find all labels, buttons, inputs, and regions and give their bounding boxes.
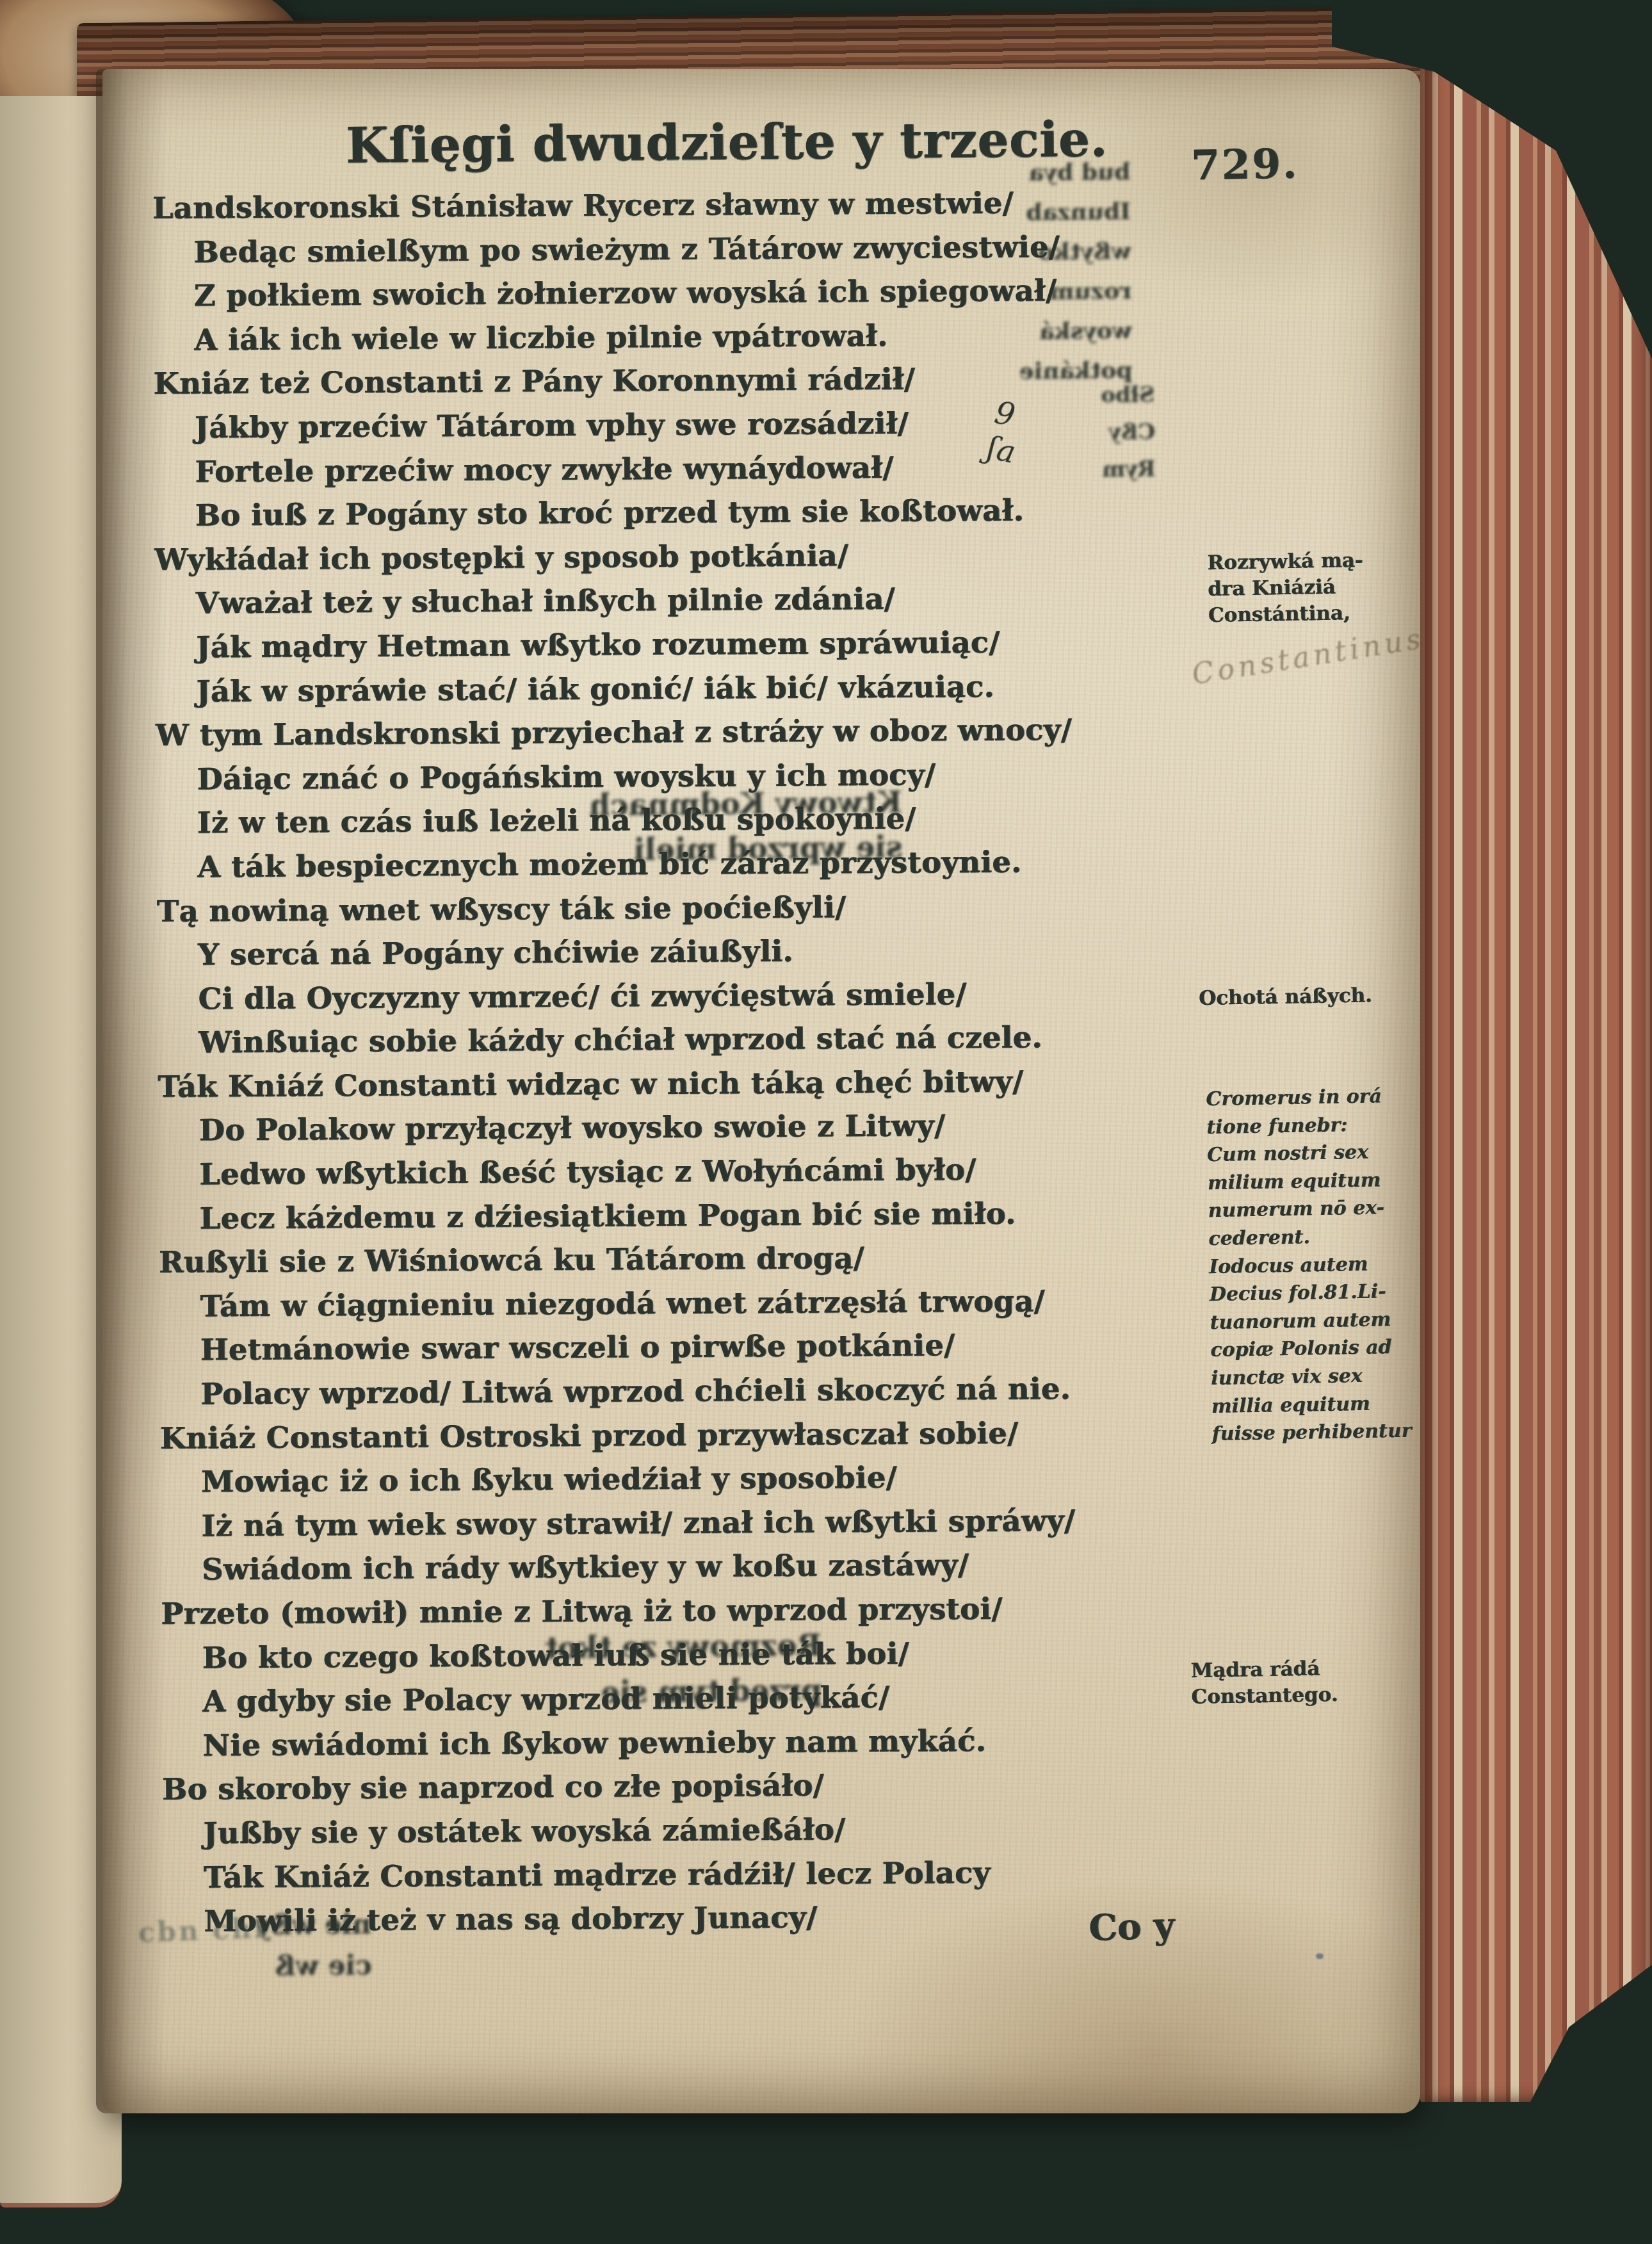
poem-line: Ci dla Oyczyzny vmrzeć/ ći zwyćięstwá sm… — [102, 970, 1229, 1021]
book-photo: bud byaIbunzabwßytkorozumwoyskápotkánie … — [0, 0, 1652, 2244]
poem-line: Tą nowiną wnet wßyscy ták sie poćießyli/ — [101, 882, 1228, 933]
margin-note-line: Constantego. — [1191, 1680, 1422, 1711]
poem-line: Mowiąc iż o ich ßyku wiedźiał y sposobie… — [105, 1454, 1232, 1504]
margin-note-line: Cum nostri sex — [1207, 1137, 1438, 1169]
margin-note-line: fuisse perhibentur — [1211, 1417, 1443, 1449]
margin-note-line: tuanorum autem — [1210, 1305, 1441, 1337]
poem-line: Mowili iż też v nas są dobrzy Junacy/ — [108, 1893, 1235, 1944]
poem-line: Bo skoroby sie naprzod co złe popisáło/ — [107, 1761, 1234, 1812]
poem-line: Do Polakow przyłączył woysko swoie z Lit… — [102, 1102, 1229, 1153]
poem-line: Tám w ćiągnieniu niezgodá wnet zátrzęsłá… — [104, 1278, 1231, 1328]
poem-line: Z połkiem swoich żołnierzow woyská ich s… — [97, 268, 1224, 318]
poem-line: Ták Kniáź Constanti widząc w nich táką c… — [102, 1058, 1229, 1109]
poem-line: Wykłádał ich postępki y sposob potkánia/ — [99, 531, 1226, 581]
margin-note-line: Ochotá náßych. — [1199, 982, 1430, 1012]
running-title: Kſięgi dwudzieſte y trzecie. — [346, 111, 1025, 174]
poem-line: Bedąc smielßym po swieżym z Tátárow zwyc… — [97, 224, 1224, 274]
poem-line: Swiádom ich rády wßytkiey y w koßu zastá… — [106, 1541, 1233, 1592]
margin-note-line: Decius fol.81.Li- — [1209, 1277, 1440, 1309]
poem-line: Bo iuß z Pogány sto kroć przed tym sie k… — [99, 487, 1226, 538]
poem-line: Lecz káżdemu z dźiesiątkiem Pogan bić si… — [103, 1190, 1230, 1240]
poem-line: Fortele przećiw mocy zwykłe wynáydował/ — [99, 443, 1226, 494]
poem-line: Nie swiádomi ich ßykow pewnieby nam myká… — [106, 1717, 1233, 1768]
margin-note-ochota: Ochotá náßych. — [1199, 982, 1430, 1012]
margin-note-line: iunctæ vix sex — [1211, 1361, 1442, 1393]
poem-line: Winßuiąc sobie káżdy chćiał wprzod stać … — [102, 1014, 1229, 1065]
poem-line: A gdyby sie Polacy wprzod mieli potykáć/ — [106, 1673, 1233, 1724]
poem-text-block: Landskoronski Stánisław Rycerz sławny w … — [97, 180, 1235, 1944]
poem-line: Ják mądry Hetman wßytko rozumem spráwuią… — [100, 619, 1227, 670]
margin-note-line: cederent. — [1208, 1221, 1439, 1253]
page-729: bud byaIbunzabwßytkorozumwoyskápotkánie … — [102, 69, 1420, 2113]
margin-note-line: Iodocus autem — [1209, 1249, 1440, 1281]
poem-line: Bo kto czego koßtował iuß sie nie ták bo… — [106, 1629, 1233, 1680]
poem-line: Y sercá ná Pogány chćiwie záiußyli. — [102, 927, 1229, 977]
poem-line: Ledwo wßytkich ßeść tysiąc z Wołyńcámi b… — [103, 1146, 1230, 1197]
margin-note-line: copiæ Polonis ad — [1210, 1333, 1441, 1365]
margin-note-rozrywka: Rozrywká mą-dra KniáziáConstántina, — [1207, 546, 1439, 629]
catchword: Co y — [1088, 1905, 1175, 1950]
poem-line: Jákby przećiw Tátárom vphy swe rozsádził… — [99, 400, 1226, 450]
poem-line: Kniáz też Constanti z Pány Koronnymi rád… — [98, 355, 1225, 406]
margin-note-line: numerum nō ex- — [1208, 1193, 1439, 1225]
poem-line: Hetmánowie swar wsczeli o pirwße potkáni… — [104, 1322, 1231, 1372]
margin-note-line: dra Kniáziá — [1208, 573, 1439, 603]
margin-note-line: milium equitum — [1207, 1166, 1438, 1198]
ink-dot — [1316, 1953, 1324, 1959]
poem-line: Polacy wprzod/ Litwá wprzod chćieli skoc… — [104, 1366, 1231, 1417]
margin-note-madra-rada: Mądra rádáConstantego. — [1190, 1654, 1421, 1711]
poem-line: Vważał też y słuchał inßych pilnie zdáni… — [99, 575, 1226, 626]
poem-line: Jußby sie y ostátek woyská zámießáło/ — [107, 1805, 1234, 1856]
poem-line: Ják w spráwie stać/ iák gonić/ iák bić/ … — [100, 663, 1227, 713]
fore-edge-page-stack — [1420, 61, 1652, 2102]
poem-line: Przeto (mowił) mnie z Litwą iż to wprzod… — [106, 1586, 1233, 1636]
margin-note-line: Rozrywká mą- — [1207, 546, 1438, 576]
backdrop-bottom — [0, 2112, 1652, 2244]
margin-note-line: millia equitum — [1211, 1388, 1442, 1420]
poem-line: A ták bespiecznych możem bić záraz przys… — [101, 839, 1228, 890]
poem-line: Rußyli sie z Wiśniowcá ku Tátárom drogą/ — [104, 1234, 1231, 1285]
poem-line: Kniáż Constanti Ostroski przod przywłasc… — [104, 1410, 1231, 1460]
gutter-shadow — [96, 69, 166, 2113]
poem-line: W tym Landskronski przyiechał z stráży w… — [101, 707, 1227, 758]
margin-note-cromerus-latin: Cromerus in orátione funebr:Cum nostri s… — [1206, 1082, 1443, 1449]
margin-note-line: tione funebr: — [1206, 1109, 1437, 1141]
poem-line: A iák ich wiele w liczbie pilnie vpátrow… — [98, 311, 1225, 362]
poem-line: Iż ná tym wiek swoy strawił/ znał ich wß… — [105, 1497, 1232, 1548]
poem-line: Landskoronski Stánisław Rycerz sławny w … — [97, 180, 1224, 231]
poem-line: Iż w ten czás iuß leżeli ná koßu spokoyn… — [101, 795, 1228, 845]
margin-note-line: Mądra rádá — [1190, 1654, 1421, 1684]
margin-note-line: Cromerus in orá — [1206, 1082, 1437, 1114]
poem-line: Dáiąc znáć o Pogáńskim woysku y ich mocy… — [101, 751, 1227, 801]
poem-line: Ták Kniáż Constanti mądrze rádźił/ lecz … — [108, 1849, 1235, 1899]
ghost-line: cie wß — [256, 1945, 372, 1987]
